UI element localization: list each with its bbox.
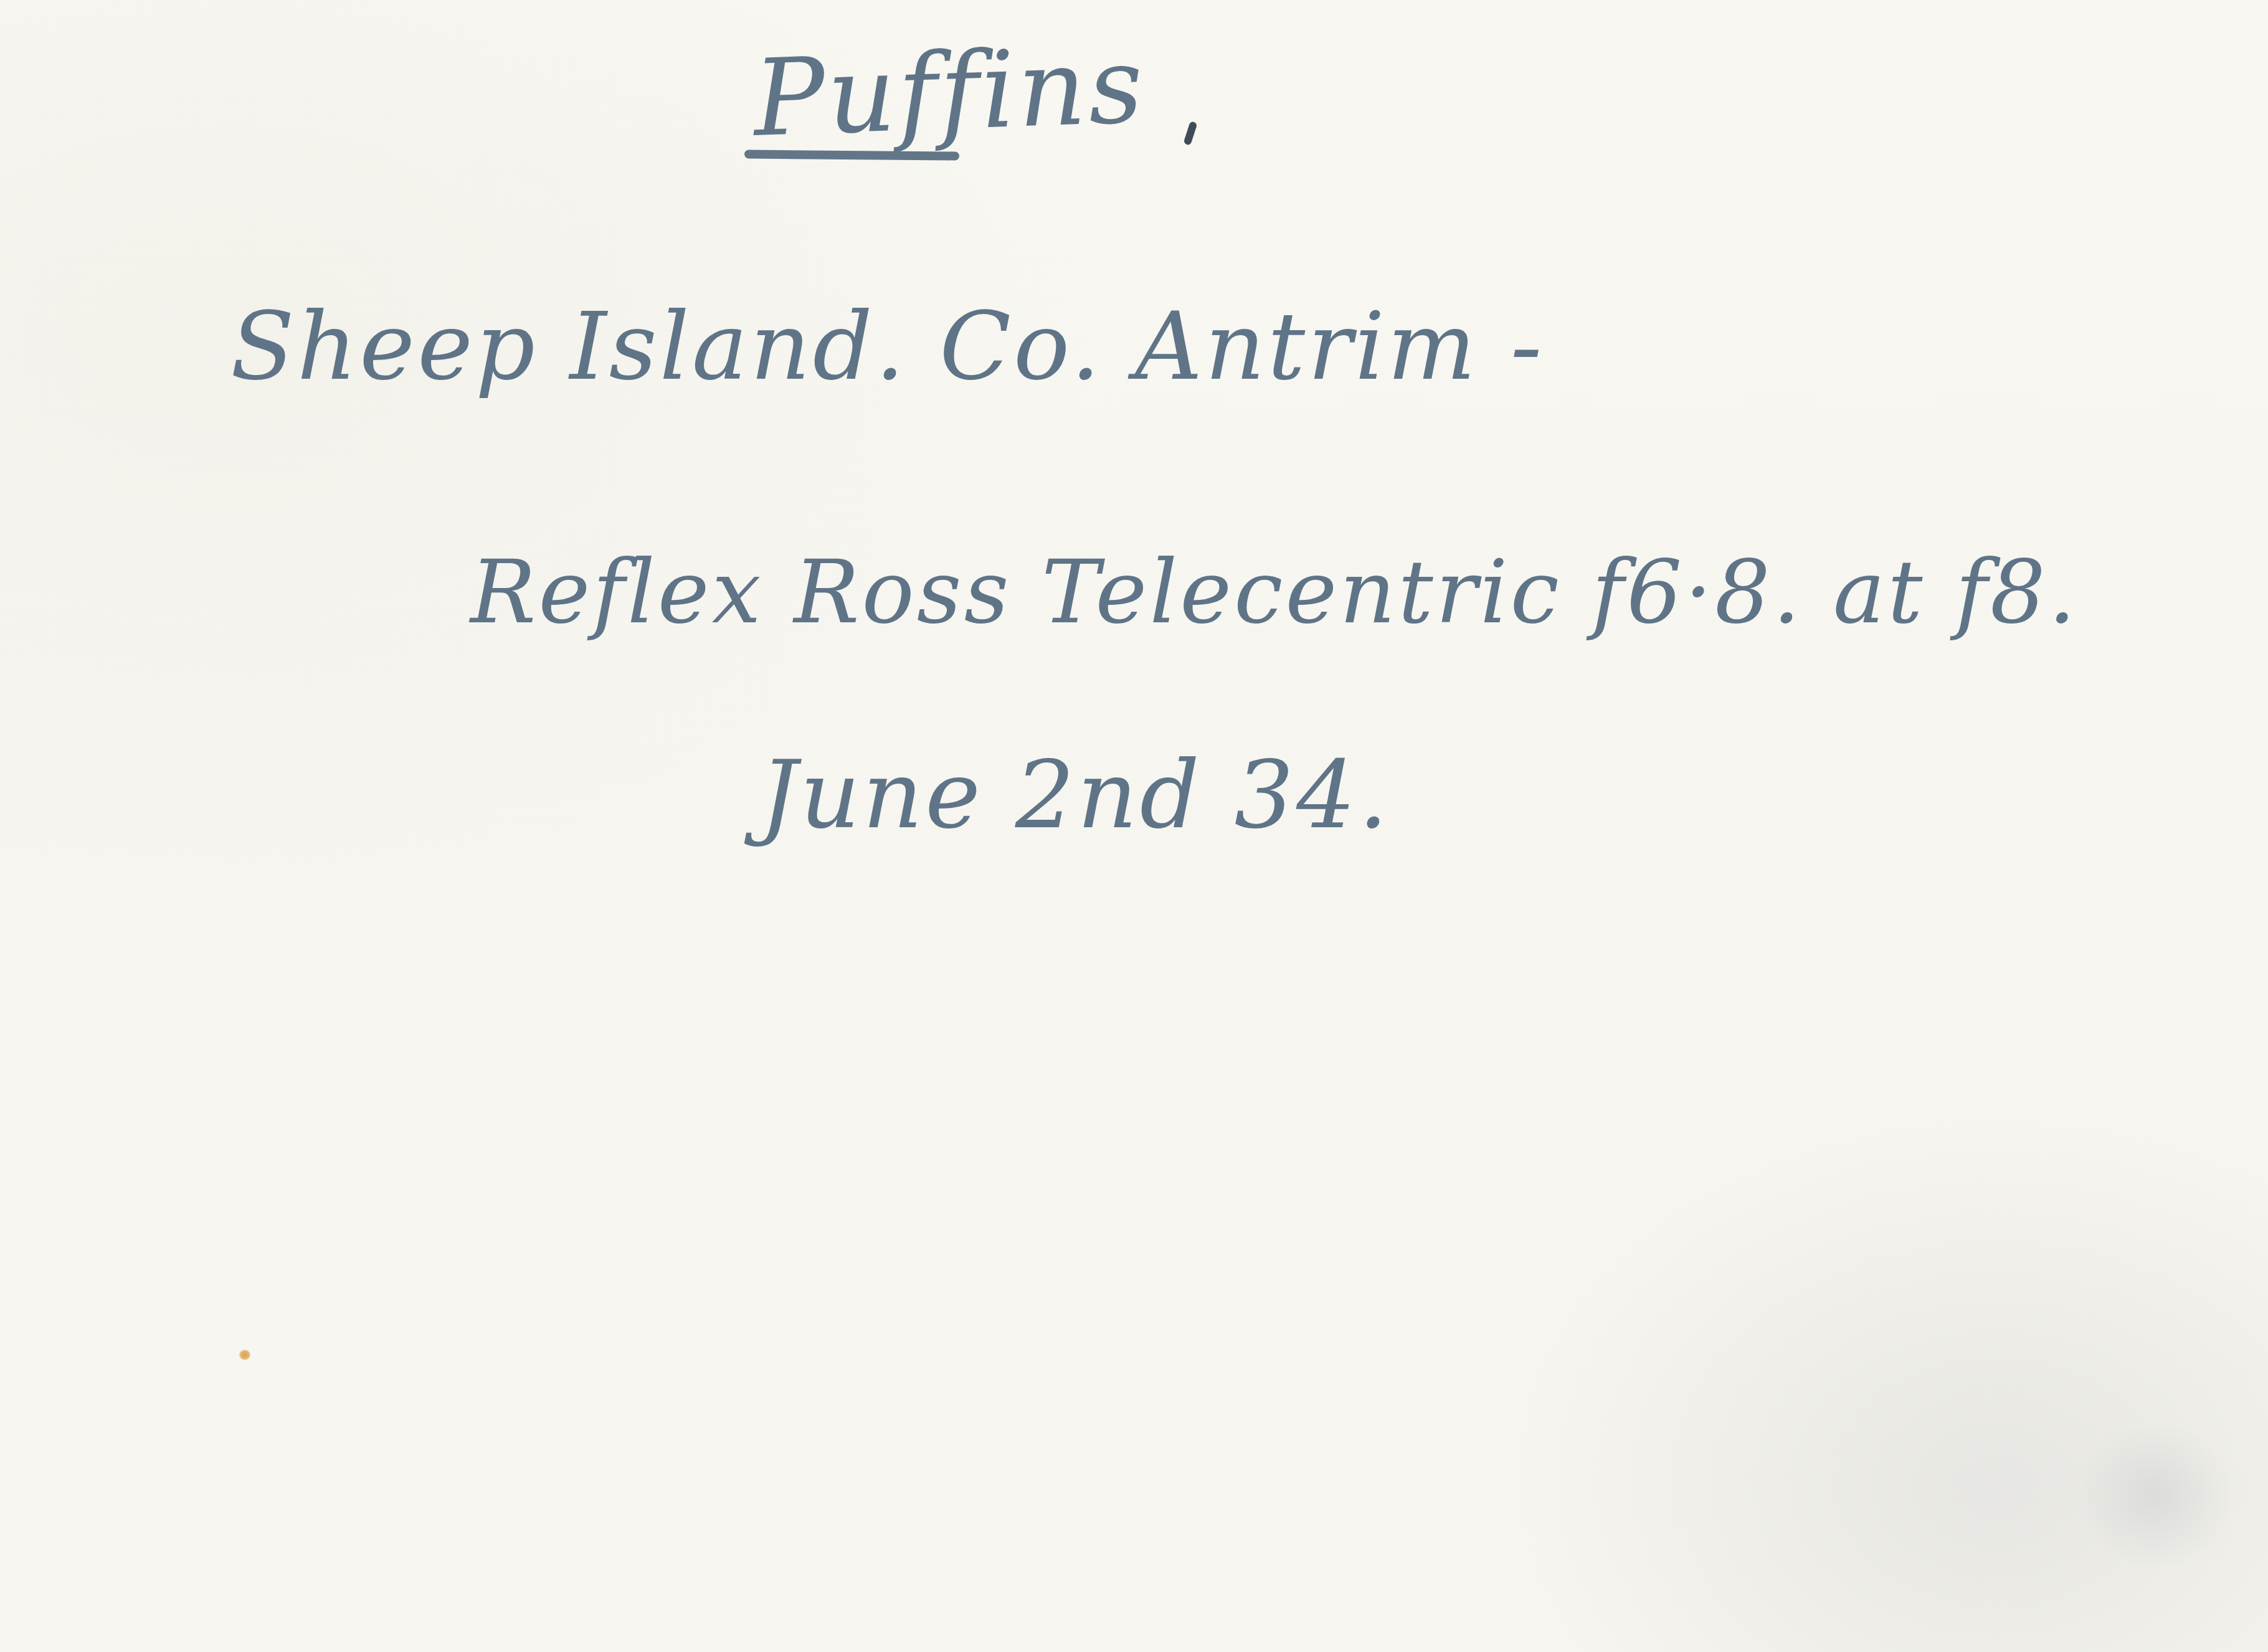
caption-title: Puffins — [752, 24, 1147, 161]
caption-date: June 2nd 34. — [760, 741, 1390, 850]
paper-smudge — [2074, 1420, 2236, 1570]
caption-camera-details: Reflex Ross Telecentric f6·8. at f8. — [470, 542, 2078, 643]
foxing-stain — [239, 1350, 250, 1360]
title-underline — [744, 150, 959, 160]
caption-location: Sheep Island. Co. Antrim - — [230, 293, 1545, 401]
